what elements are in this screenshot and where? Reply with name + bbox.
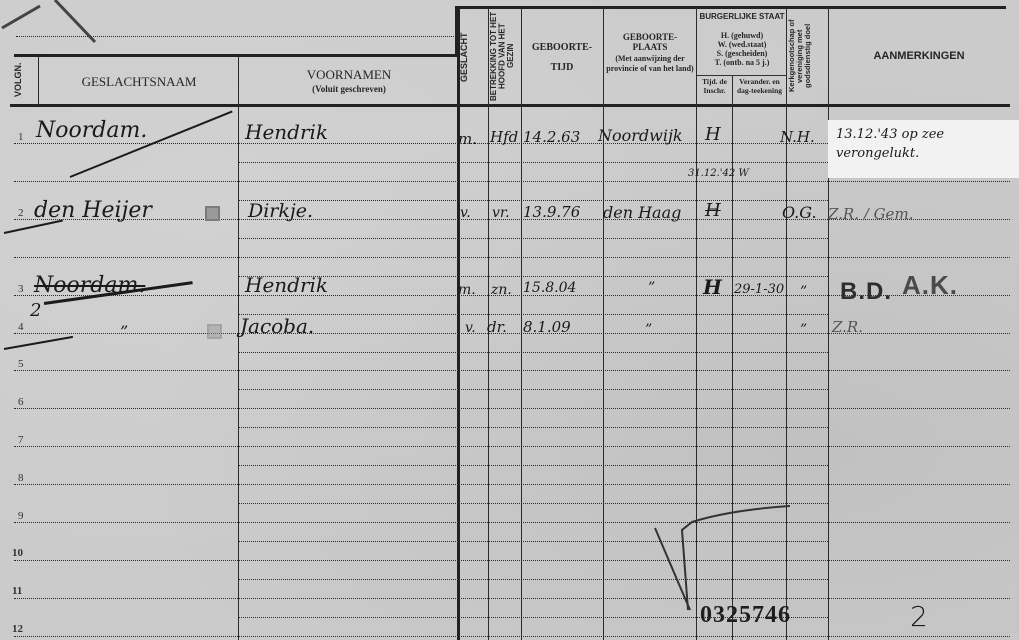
- checkbox-mark-4: [207, 324, 222, 339]
- religion-4: ”: [800, 322, 807, 338]
- row-number-11: 11: [12, 585, 22, 597]
- header-top-rule-left: [14, 54, 458, 57]
- change-3: 29-1-30: [734, 282, 784, 297]
- surname-2: den Heijer: [34, 198, 152, 223]
- relation-4: dr.: [487, 318, 507, 336]
- remarks-1: 13.12.'43 op zee verongelukt.: [836, 125, 1006, 163]
- header-verandering: Verander. en dag-teekening: [733, 77, 786, 95]
- civil-state-note-2: 31.12.'42 W: [688, 168, 749, 179]
- row-number-3: 3: [18, 283, 24, 295]
- col-rule-volgn: [38, 55, 39, 105]
- row-number-2: 2: [18, 207, 24, 219]
- sex-1: m.: [458, 130, 477, 148]
- header-betrekking: BETREKKING TOT HET HOOFD VAN HET GEZIN: [490, 10, 520, 102]
- header-tijd-inschr: Tijd. de Inschr.: [697, 77, 732, 95]
- civil-state-1: H: [705, 124, 721, 145]
- col-rule-kerkgenootschap: [828, 8, 829, 640]
- relation-2: vr.: [492, 205, 510, 221]
- first-names-1: Hendrik: [245, 120, 328, 144]
- sex-4: v.: [465, 320, 476, 336]
- row-number-4: 4: [18, 321, 24, 333]
- birth-date-3: 15.8.04: [523, 280, 576, 296]
- header-bs-t: T. (ontb. na 5 j.): [698, 58, 786, 67]
- header-top-rule-right: [456, 6, 1006, 9]
- birth-place-4: ”: [645, 322, 652, 338]
- header-geboortetijd-1: GEBOORTE-: [522, 42, 602, 53]
- row-number-5: 5: [18, 358, 24, 370]
- burgerlijke-staat-split: [697, 75, 786, 76]
- religion-note-2: Z.R. / Gem.: [828, 205, 913, 223]
- sex-2: v.: [460, 205, 471, 221]
- religion-2: O.G.: [782, 203, 817, 222]
- header-geboorteplaats-sub: (Met aanwijzing der provincie of van het…: [606, 54, 694, 74]
- margin-note-3: 2: [30, 300, 41, 321]
- birth-date-2: 13.9.76: [523, 203, 580, 221]
- birth-date-1: 14.2.63: [523, 128, 580, 146]
- row-number-8: 8: [18, 472, 24, 484]
- surname-3: Noordam.: [34, 273, 145, 298]
- serial-number: 0325746: [700, 602, 791, 629]
- registration-card: VOLGN. GESLACHTSNAAM VOORNAMEN (Voluit g…: [0, 0, 1019, 640]
- page-number: 2: [910, 600, 928, 633]
- religion-note-4: Z.R.: [832, 318, 863, 336]
- row-number-1: 1: [18, 131, 24, 143]
- header-bs-w: W. (wed.staat): [698, 40, 786, 49]
- first-names-4: Jacoba.: [240, 314, 314, 338]
- header-geboorteplaats-2: PLAATS: [604, 42, 696, 52]
- col-rule-geboortetijd: [603, 8, 604, 640]
- col-rule-betrekking: [521, 8, 522, 640]
- civil-state-2: H: [705, 200, 721, 221]
- header-bs-s: S. (gescheiden): [698, 49, 786, 58]
- header-aanmerkingen: AANMERKINGEN: [830, 50, 1008, 62]
- row-number-7: 7: [18, 434, 24, 446]
- religion-3: ”: [800, 284, 807, 300]
- header-voornamen: VOORNAMEN: [240, 67, 458, 83]
- row-number-10: 10: [12, 547, 23, 559]
- header-voornamen-sub: (Voluit geschreven): [240, 84, 458, 94]
- surname-1: Noordam.: [36, 118, 147, 143]
- relation-3: zn.: [491, 282, 512, 298]
- header-bottom-rule: [10, 104, 1010, 107]
- header-geboortetijd-2: TIJD: [522, 62, 602, 73]
- header-kerkgenootschap: Kerkgenootschap of vereniging met godsdi…: [788, 10, 828, 102]
- header-geslachtsnaam: GESLACHTSNAAM: [40, 74, 238, 90]
- header-geslacht: GESLACHT: [460, 12, 486, 102]
- relation-1: Hfd: [490, 128, 518, 146]
- checkbox-mark-2: [205, 206, 220, 221]
- header-volgn: VOLGN.: [14, 58, 36, 102]
- header-burgerlijke-staat: BURGERLIJKE STAAT: [698, 12, 786, 21]
- row-number-9: 9: [18, 510, 24, 522]
- civil-state-3: H: [703, 275, 722, 299]
- header-bs-h: H. (gehuwd): [698, 31, 786, 40]
- birth-place-3: ”: [648, 280, 655, 296]
- sex-3: m.: [458, 282, 476, 298]
- stamp-ak: A.K.: [902, 270, 958, 301]
- first-names-2: Dirkje.: [248, 200, 313, 222]
- first-names-3: Hendrik: [245, 273, 328, 297]
- row-number-6: 6: [18, 396, 24, 408]
- religion-1: N.H.: [780, 128, 815, 146]
- birth-date-4: 8.1.09: [523, 318, 571, 336]
- stamp-bd: B.D.: [840, 278, 892, 306]
- birth-place-1: Noordwijk: [598, 126, 683, 145]
- surname-4: ”: [120, 322, 128, 341]
- margin-dash-4: [4, 336, 73, 350]
- header-geboorteplaats-1: GEBOORTE-: [604, 32, 696, 42]
- pen-mark-icon: [0, 0, 110, 45]
- birth-place-2: den Haag: [603, 203, 681, 222]
- row-number-12: 12: [12, 623, 23, 635]
